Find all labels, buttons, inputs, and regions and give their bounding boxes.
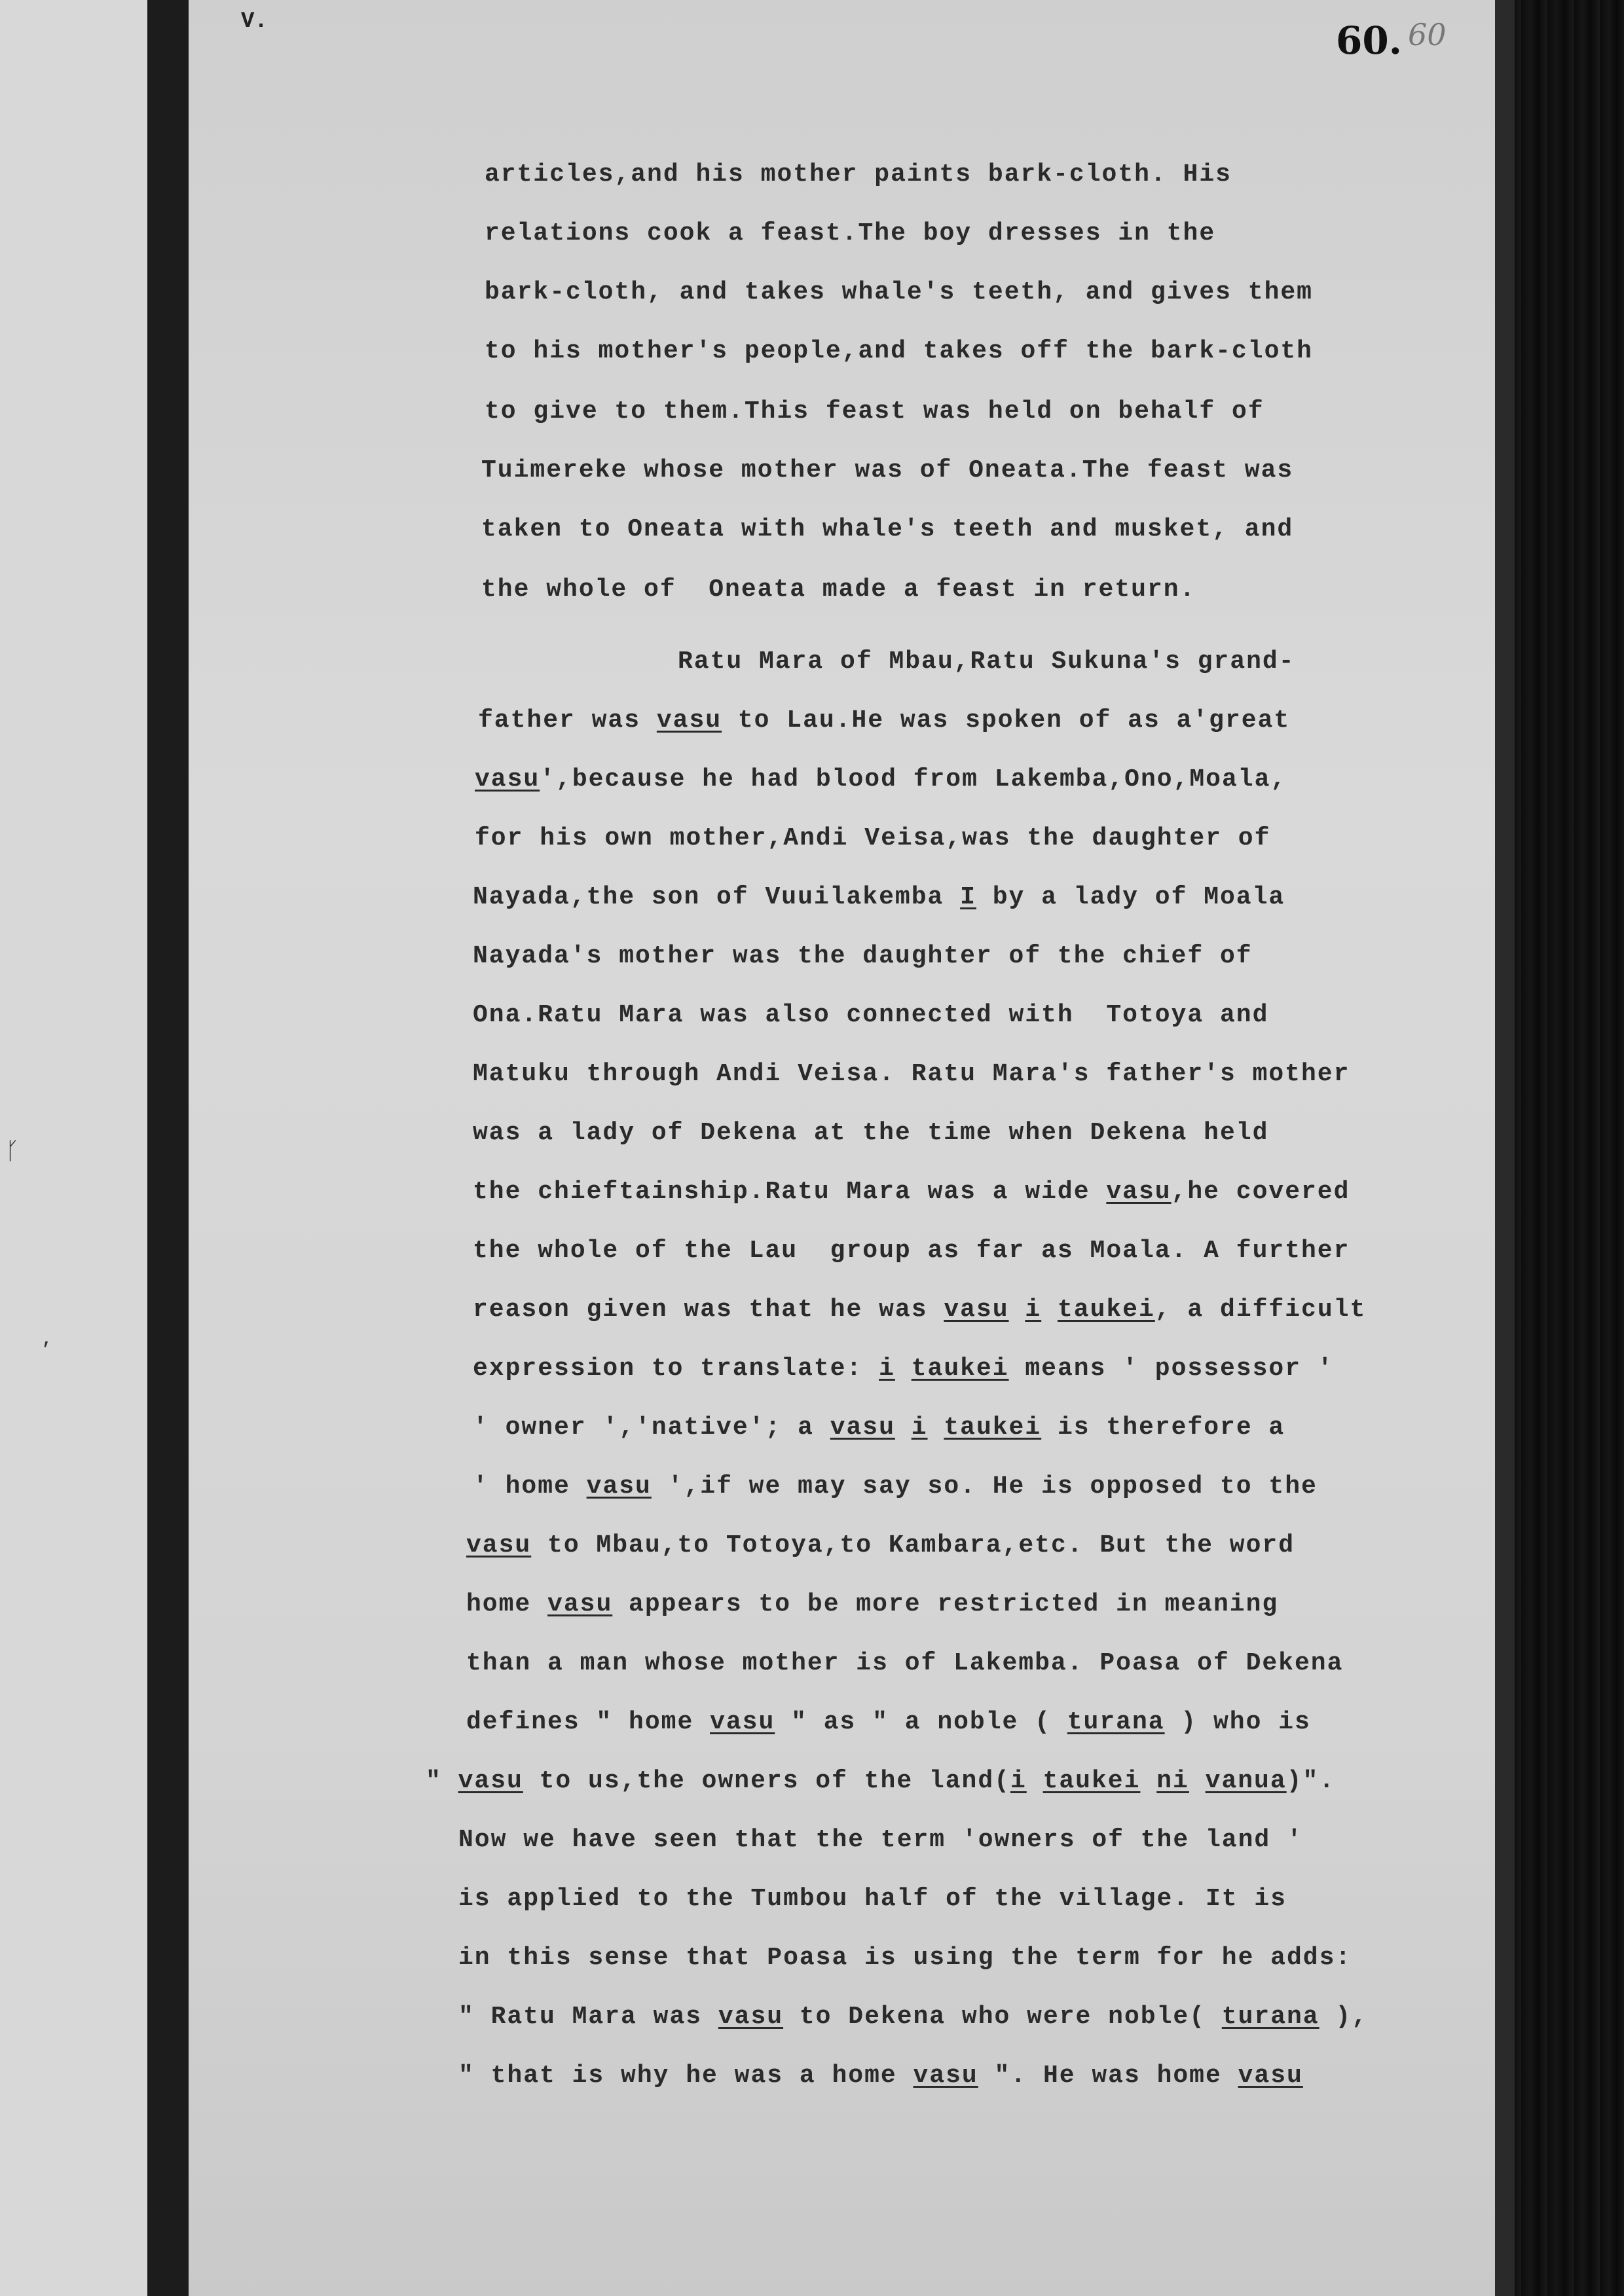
text-line: vasu',because he had blood from Lakemba,…	[475, 767, 1287, 792]
text-line: the whole of Oneata made a feast in retu…	[481, 577, 1196, 602]
text-line: bark-cloth, and takes whale's teeth, and…	[485, 280, 1313, 305]
underlined-term: taukei	[1043, 1767, 1141, 1795]
underlined-term: turana	[1222, 2003, 1319, 2031]
text-line: " Ratu Mara was vasu to Dekena who were …	[458, 2005, 1368, 2030]
text-segment: "	[426, 1767, 458, 1795]
text-line: ' home vasu ',if we may say so. He is op…	[473, 1474, 1318, 1499]
underlined-term: vasu	[587, 1472, 652, 1501]
underlined-term: vasu	[1238, 2062, 1303, 2090]
underlined-term: i	[912, 1413, 928, 1442]
text-segment: to Dekena who were noble(	[783, 2003, 1222, 2031]
text-segment: articles,and his mother paints bark-clot…	[485, 160, 1232, 189]
text-segment: is applied to the Tumbou half of the vil…	[458, 1885, 1287, 1913]
text-line: to his mother's people,and takes off the…	[485, 339, 1313, 364]
text-segment: to his mother's people,and takes off the…	[485, 337, 1313, 365]
left-facing-page-margin: ᚴ ⸴	[0, 0, 147, 2296]
text-segment: was a lady of Dekena at the time when De…	[473, 1119, 1268, 1147]
underlined-term: i	[1010, 1767, 1027, 1795]
binding-gutter-shadow	[147, 0, 189, 2296]
text-line: reason given was that he was vasu i tauk…	[473, 1298, 1366, 1322]
text-segment: ',if we may say so. He is opposed to the	[652, 1472, 1318, 1501]
underlined-term: taukei	[912, 1355, 1009, 1383]
text-segment: bark-cloth, and takes whale's teeth, and…	[485, 278, 1313, 306]
text-segment: father was	[478, 706, 657, 735]
text-line: relations cook a feast.The boy dresses i…	[485, 221, 1215, 246]
text-segment: the whole of the Lau group as far as Moa…	[473, 1237, 1350, 1265]
text-line: defines " home vasu " as " a noble ( tur…	[466, 1710, 1311, 1735]
text-line: taken to Oneata with whale's teeth and m…	[481, 517, 1293, 542]
text-segment: Nayada,the son of Vuuilakemba	[473, 883, 960, 911]
text-line: was a lady of Dekena at the time when De…	[473, 1121, 1268, 1146]
underlined-term: vasu	[547, 1590, 612, 1618]
text-line: home vasu appears to be more restricted …	[466, 1592, 1278, 1617]
text-segment: relations cook a feast.The boy dresses i…	[485, 219, 1215, 247]
underlined-term: vasu	[944, 1296, 1008, 1324]
text-line: Tuimereke whose mother was of Oneata.The…	[481, 458, 1293, 483]
text-line: the chieftainship.Ratu Mara was a wide v…	[473, 1180, 1350, 1205]
text-line: Nayada's mother was the daughter of the …	[473, 944, 1253, 969]
underlined-term: vasu	[458, 1767, 523, 1795]
margin-ink-mark: ⸴	[43, 1322, 50, 1355]
text-segment	[895, 1413, 912, 1442]
text-line: " that is why he was a home vasu ". He w…	[458, 2064, 1303, 2088]
text-line: " vasu to us,the owners of the land(i ta…	[426, 1769, 1335, 1794]
text-segment: the whole of Oneata made a feast in retu…	[481, 575, 1196, 604]
text-segment: Ona.Ratu Mara was also connected with To…	[473, 1001, 1268, 1029]
underlined-term: taukei	[944, 1413, 1041, 1442]
text-segment: reason given was that he was	[473, 1296, 944, 1324]
text-segment: " as " a noble (	[775, 1708, 1067, 1736]
text-line: than a man whose mother is of Lakemba. P…	[466, 1651, 1343, 1676]
text-line: father was vasu to Lau.He was spoken of …	[478, 708, 1290, 733]
text-segment: ' home	[473, 1472, 587, 1501]
text-segment	[1041, 1296, 1058, 1324]
underlined-term: i	[1025, 1296, 1041, 1324]
text-line: is applied to the Tumbou half of the vil…	[458, 1887, 1287, 1912]
text-segment	[1009, 1296, 1025, 1324]
text-segment: appears to be more restricted in meaning	[612, 1590, 1278, 1618]
text-segment: for his own mother,Andi Veisa,was the da…	[475, 824, 1270, 852]
text-segment: home	[466, 1590, 547, 1618]
underlined-term: ni	[1156, 1767, 1189, 1795]
text-segment: Nayada's mother was the daughter of the …	[473, 942, 1253, 970]
text-segment: Ratu Mara of Mbau,Ratu Sukuna's grand-	[678, 647, 1295, 676]
text-segment: , a difficult	[1155, 1296, 1366, 1324]
underlined-term: vasu	[657, 706, 722, 735]
text-segment: Now we have seen that the term 'owners o…	[458, 1826, 1303, 1854]
text-segment: " that is why he was a home	[458, 2062, 913, 2090]
text-line: Now we have seen that the term 'owners o…	[458, 1828, 1303, 1853]
underlined-term: taukei	[1058, 1296, 1155, 1324]
underlined-term: turana	[1067, 1708, 1165, 1736]
text-line: Ona.Ratu Mara was also connected with To…	[473, 1003, 1268, 1028]
underlined-term: vanua	[1206, 1767, 1287, 1795]
text-line: vasu to Mbau,to Totoya,to Kambara,etc. B…	[466, 1533, 1295, 1558]
text-line: Matuku through Andi Veisa. Ratu Mara's f…	[473, 1062, 1350, 1087]
text-segment: taken to Oneata with whale's teeth and m…	[481, 515, 1293, 543]
page-number: 60.	[1336, 18, 1402, 63]
text-line: articles,and his mother paints bark-clot…	[485, 162, 1232, 187]
underlined-term: I	[960, 883, 976, 911]
text-segment: to give to them.This feast was held on b…	[485, 397, 1264, 426]
text-segment: Matuku through Andi Veisa. Ratu Mara's f…	[473, 1060, 1350, 1088]
underlined-term: vasu	[913, 2062, 978, 2090]
underlined-term: i	[879, 1355, 895, 1383]
section-mark: V.	[241, 9, 268, 34]
text-segment	[928, 1413, 944, 1442]
page-stack-edge	[1495, 0, 1624, 2296]
text-segment: to Mbau,to Totoya,to Kambara,etc. But th…	[531, 1531, 1295, 1559]
underlined-term: vasu	[710, 1708, 775, 1736]
underlined-term: vasu	[466, 1531, 531, 1559]
text-segment	[1189, 1767, 1206, 1795]
underlined-term: vasu	[718, 2003, 783, 2031]
text-line: Nayada,the son of Vuuilakemba I by a lad…	[473, 885, 1285, 910]
text-segment: expression to translate:	[473, 1355, 879, 1383]
text-segment: ,he covered	[1172, 1178, 1350, 1206]
text-segment: Tuimereke whose mother was of Oneata.The…	[481, 456, 1293, 484]
text-segment: " Ratu Mara was	[458, 2003, 718, 2031]
text-segment: ". He was home	[978, 2062, 1238, 2090]
text-segment: defines " home	[466, 1708, 710, 1736]
text-line: the whole of the Lau group as far as Moa…	[473, 1239, 1350, 1264]
text-line: in this sense that Poasa is using the te…	[458, 1946, 1352, 1971]
margin-ink-mark: ᚴ	[5, 1139, 20, 1166]
text-line: ' owner ','native'; a vasu i taukei is t…	[473, 1415, 1285, 1440]
text-segment: ',because he had blood from Lakemba,Ono,…	[540, 765, 1287, 793]
text-line: Ratu Mara of Mbau,Ratu Sukuna's grand-	[678, 649, 1295, 674]
text-segment: means ' possessor '	[1009, 1355, 1334, 1383]
text-segment: to Lau.He was spoken of as a'great	[722, 706, 1290, 735]
text-segment: by a lady of Moala	[976, 883, 1285, 911]
text-segment: in this sense that Poasa is using the te…	[458, 1944, 1352, 1972]
text-line: expression to translate: i taukei means …	[473, 1357, 1334, 1381]
text-segment	[895, 1355, 912, 1383]
text-segment: ) who is	[1165, 1708, 1311, 1736]
page-number-pencil-annotation: 60	[1408, 17, 1447, 52]
text-line: to give to them.This feast was held on b…	[485, 399, 1264, 424]
text-segment: the chieftainship.Ratu Mara was a wide	[473, 1178, 1106, 1206]
text-segment: is therefore a	[1041, 1413, 1285, 1442]
underlined-term: vasu	[475, 765, 540, 793]
text-segment	[1027, 1767, 1043, 1795]
text-segment: ),	[1319, 2003, 1368, 2031]
text-line: for his own mother,Andi Veisa,was the da…	[475, 826, 1270, 851]
underlined-term: vasu	[1106, 1178, 1171, 1206]
text-segment: to us,the owners of the land(	[523, 1767, 1010, 1795]
text-segment	[1140, 1767, 1156, 1795]
text-segment: than a man whose mother is of Lakemba. P…	[466, 1649, 1343, 1677]
text-segment: )".	[1287, 1767, 1335, 1795]
text-segment: ' owner ','native'; a	[473, 1413, 830, 1442]
underlined-term: vasu	[830, 1413, 895, 1442]
